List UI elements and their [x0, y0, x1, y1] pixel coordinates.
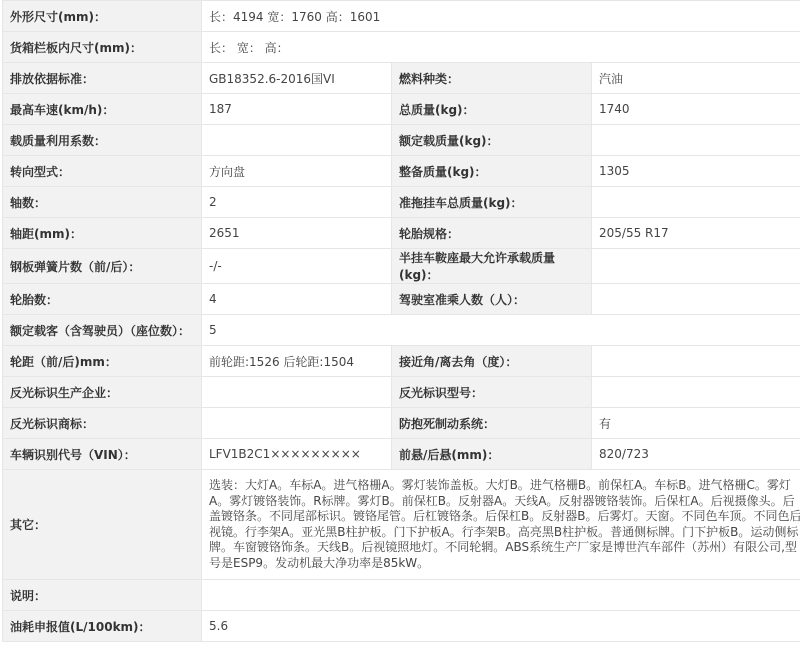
spec-value: 长：4194 宽：1760 高：1601: [202, 1, 800, 32]
spec-label: 半挂车鞍座最大允许承载质量(kg)：: [392, 249, 592, 284]
spec-label: 额定载质量(kg)：: [392, 125, 592, 156]
spec-value: 820/723: [592, 439, 800, 470]
table-row: 油耗申报值(L/100km)： 5.6: [3, 611, 800, 642]
spec-value: 205/55 R17: [592, 218, 800, 249]
spec-label: 反光标识生产企业：: [3, 377, 202, 408]
table-row: 货箱栏板内尺寸(mm)： 长： 宽： 高：: [3, 32, 800, 63]
spec-label: 其它：: [3, 470, 202, 580]
table-row: 转向型式： 方向盘 整备质量(kg)： 1305: [3, 156, 800, 187]
spec-label: 前悬/后悬(mm)：: [392, 439, 592, 470]
spec-value: 汽油: [592, 63, 800, 94]
spec-value: [592, 284, 800, 315]
spec-value: [592, 346, 800, 377]
table-row: 轮距（前/后)mm： 前轮距:1526 后轮距:1504 接近角/离去角（度）：: [3, 346, 800, 377]
spec-label: 转向型式：: [3, 156, 202, 187]
spec-value: [592, 249, 800, 284]
spec-value: LFV1B2C1×××××××××: [202, 439, 392, 470]
spec-label: 驾驶室准乘人数（人）：: [392, 284, 592, 315]
spec-label: 准拖挂车总质量(kg)：: [392, 187, 592, 218]
table-row: 轮胎数： 4 驾驶室准乘人数（人）：: [3, 284, 800, 315]
vehicle-spec-table: 外形尺寸(mm)： 长：4194 宽：1760 高：1601 货箱栏板内尺寸(m…: [2, 0, 800, 642]
table-row: 钢板弹簧片数（前/后）： -/- 半挂车鞍座最大允许承载质量(kg)：: [3, 249, 800, 284]
table-row: 最高车速(km/h)： 187 总质量(kg)： 1740: [3, 94, 800, 125]
table-row: 其它： 选装：大灯A。车标A。进气格栅A。雾灯装饰盖板。大灯B。进气格栅B。前保…: [3, 470, 800, 580]
spec-label: 轴数：: [3, 187, 202, 218]
spec-value: [202, 580, 800, 611]
spec-label: 反光标识商标：: [3, 408, 202, 439]
spec-value: GB18352.6-2016国VI: [202, 63, 392, 94]
spec-label: 外形尺寸(mm)：: [3, 1, 202, 32]
table-row: 轴数： 2 准拖挂车总质量(kg)：: [3, 187, 800, 218]
spec-value: 长： 宽： 高：: [202, 32, 800, 63]
spec-value: 4: [202, 284, 392, 315]
spec-value: 方向盘: [202, 156, 392, 187]
spec-value: 1740: [592, 94, 800, 125]
spec-value: [202, 125, 392, 156]
table-row: 轴距(mm)： 2651 轮胎规格： 205/55 R17: [3, 218, 800, 249]
spec-label: 总质量(kg)：: [392, 94, 592, 125]
spec-label: 车辆识别代号（VIN）：: [3, 439, 202, 470]
spec-value: [202, 408, 392, 439]
table-row: 额定载客（含驾驶员）（座位数）： 5: [3, 315, 800, 346]
spec-label: 燃料种类：: [392, 63, 592, 94]
spec-value: 2: [202, 187, 392, 218]
spec-label: 最高车速(km/h)：: [3, 94, 202, 125]
spec-value: [202, 377, 392, 408]
spec-value: 5.6: [202, 611, 800, 642]
spec-label: 货箱栏板内尺寸(mm)：: [3, 32, 202, 63]
table-row: 车辆识别代号（VIN）： LFV1B2C1××××××××× 前悬/后悬(mm)…: [3, 439, 800, 470]
spec-label: 接近角/离去角（度）：: [392, 346, 592, 377]
spec-value: [592, 125, 800, 156]
spec-value: 前轮距:1526 后轮距:1504: [202, 346, 392, 377]
spec-label: 额定载客（含驾驶员）（座位数）：: [3, 315, 202, 346]
spec-label: 反光标识型号：: [392, 377, 592, 408]
spec-value: 有: [592, 408, 800, 439]
spec-label: 轮距（前/后)mm：: [3, 346, 202, 377]
spec-value: 5: [202, 315, 800, 346]
spec-label: 排放依据标准：: [3, 63, 202, 94]
spec-value: 2651: [202, 218, 392, 249]
spec-label: 防抱死制动系统：: [392, 408, 592, 439]
table-row: 排放依据标准： GB18352.6-2016国VI 燃料种类： 汽油: [3, 63, 800, 94]
spec-value-other: 选装：大灯A。车标A。进气格栅A。雾灯装饰盖板。大灯B。进气格栅B。前保杠A。车…: [202, 470, 800, 580]
table-row: 外形尺寸(mm)： 长：4194 宽：1760 高：1601: [3, 1, 800, 32]
spec-value: 1305: [592, 156, 800, 187]
spec-label: 载质量利用系数：: [3, 125, 202, 156]
spec-label: 油耗申报值(L/100km)：: [3, 611, 202, 642]
spec-label: 轮胎规格：: [392, 218, 592, 249]
spec-label: 钢板弹簧片数（前/后）：: [3, 249, 202, 284]
table-row: 反光标识生产企业： 反光标识型号：: [3, 377, 800, 408]
table-row: 反光标识商标： 防抱死制动系统： 有: [3, 408, 800, 439]
table-row: 载质量利用系数： 额定载质量(kg)：: [3, 125, 800, 156]
spec-label: 轴距(mm)：: [3, 218, 202, 249]
spec-value: 187: [202, 94, 392, 125]
spec-label: 整备质量(kg)：: [392, 156, 592, 187]
spec-value: [592, 377, 800, 408]
spec-value: [592, 187, 800, 218]
spec-label: 说明：: [3, 580, 202, 611]
table-row: 说明：: [3, 580, 800, 611]
spec-value: -/-: [202, 249, 392, 284]
spec-label: 轮胎数：: [3, 284, 202, 315]
